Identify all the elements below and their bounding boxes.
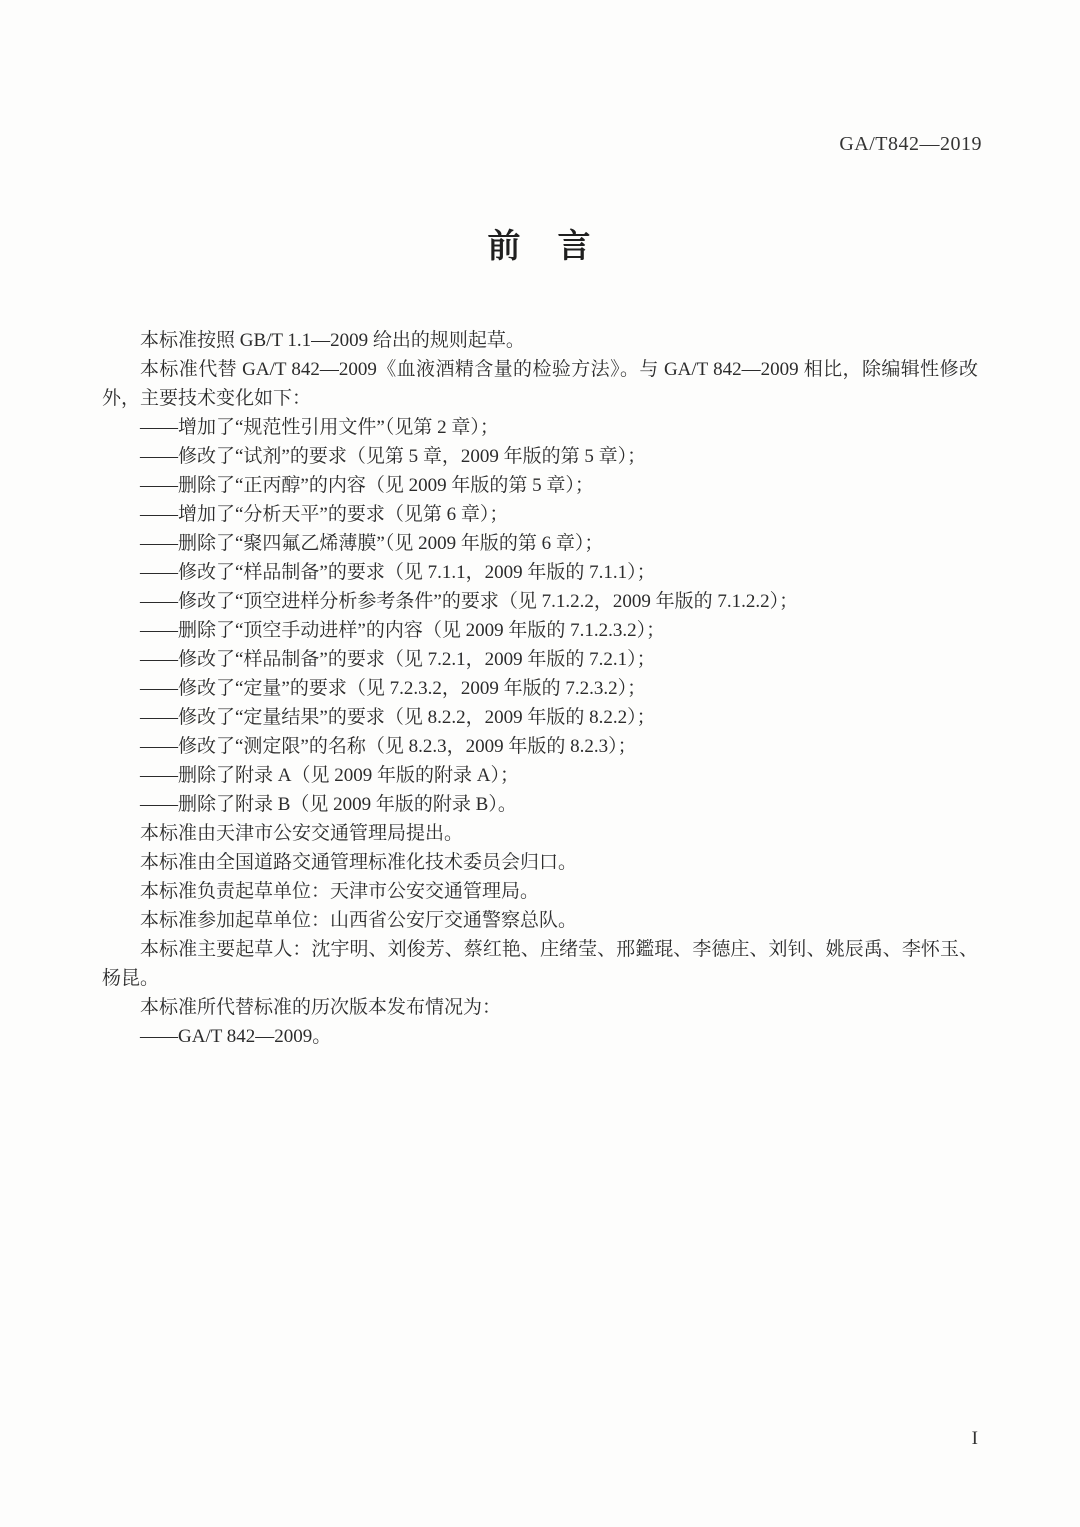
intro-paragraph: 本标准代替 GA/T 842—2009《血液酒精含量的检验方法》。与 GA/T … (102, 355, 978, 413)
foreword-body: 本标准按照 GB/T 1.1—2009 给出的规则起草。 本标准代替 GA/T … (102, 326, 978, 1051)
change-item: ——删除了附录 B（见 2009 年版的附录 B）。 (102, 790, 978, 819)
closing-paragraph: 本标准参加起草单位：山西省公安厅交通警察总队。 (102, 906, 978, 935)
change-item: ——删除了附录 A（见 2009 年版的附录 A）； (102, 761, 978, 790)
page-title: 前 言 (0, 220, 1080, 267)
change-item: ——修改了“试剂”的要求（见第 5 章，2009 年版的第 5 章）； (102, 442, 978, 471)
intro-paragraph: 本标准按照 GB/T 1.1—2009 给出的规则起草。 (102, 326, 978, 355)
page-number: I (972, 1428, 978, 1450)
closing-paragraph: 本标准由天津市公安交通管理局提出。 (102, 819, 978, 848)
standard-code: GA/T842—2019 (839, 133, 982, 156)
closing-paragraph: 本标准由全国道路交通管理标准化技术委员会归口。 (102, 848, 978, 877)
change-item: ——修改了“定量结果”的要求（见 8.2.2，2009 年版的 8.2.2）； (102, 703, 978, 732)
change-item: ——修改了“样品制备”的要求（见 7.1.1，2009 年版的 7.1.1）； (102, 558, 978, 587)
change-item: ——修改了“测定限”的名称（见 8.2.3，2009 年版的 8.2.3）； (102, 732, 978, 761)
closing-paragraph: 本标准负责起草单位：天津市公安交通管理局。 (102, 877, 978, 906)
change-item: ——删除了“聚四氟乙烯薄膜”（见 2009 年版的第 6 章）； (102, 529, 978, 558)
change-item: ——修改了“样品制备”的要求（见 7.2.1，2009 年版的 7.2.1）； (102, 645, 978, 674)
change-item: ——修改了“定量”的要求（见 7.2.3.2，2009 年版的 7.2.3.2）… (102, 674, 978, 703)
closing-paragraph: 本标准主要起草人：沈宇明、刘俊芳、蔡红艳、庄绪莹、邢鑑琨、李德庄、刘钊、姚辰禹、… (102, 935, 978, 993)
change-item: ——增加了“分析天平”的要求（见第 6 章）； (102, 500, 978, 529)
change-item: ——删除了“正丙醇”的内容（见 2009 年版的第 5 章）； (102, 471, 978, 500)
change-item: ——删除了“顶空手动进样”的内容（见 2009 年版的 7.1.2.3.2）； (102, 616, 978, 645)
change-item: ——增加了“规范性引用文件”（见第 2 章）； (102, 413, 978, 442)
document-page: GA/T842—2019 前 言 本标准按照 GB/T 1.1—2009 给出的… (0, 0, 1080, 1527)
history-item: ——GA/T 842—2009。 (102, 1022, 978, 1051)
closing-paragraph: 本标准所代替标准的历次版本发布情况为： (102, 993, 978, 1022)
change-item: ——修改了“顶空进样分析参考条件”的要求（见 7.1.2.2，2009 年版的 … (102, 587, 978, 616)
